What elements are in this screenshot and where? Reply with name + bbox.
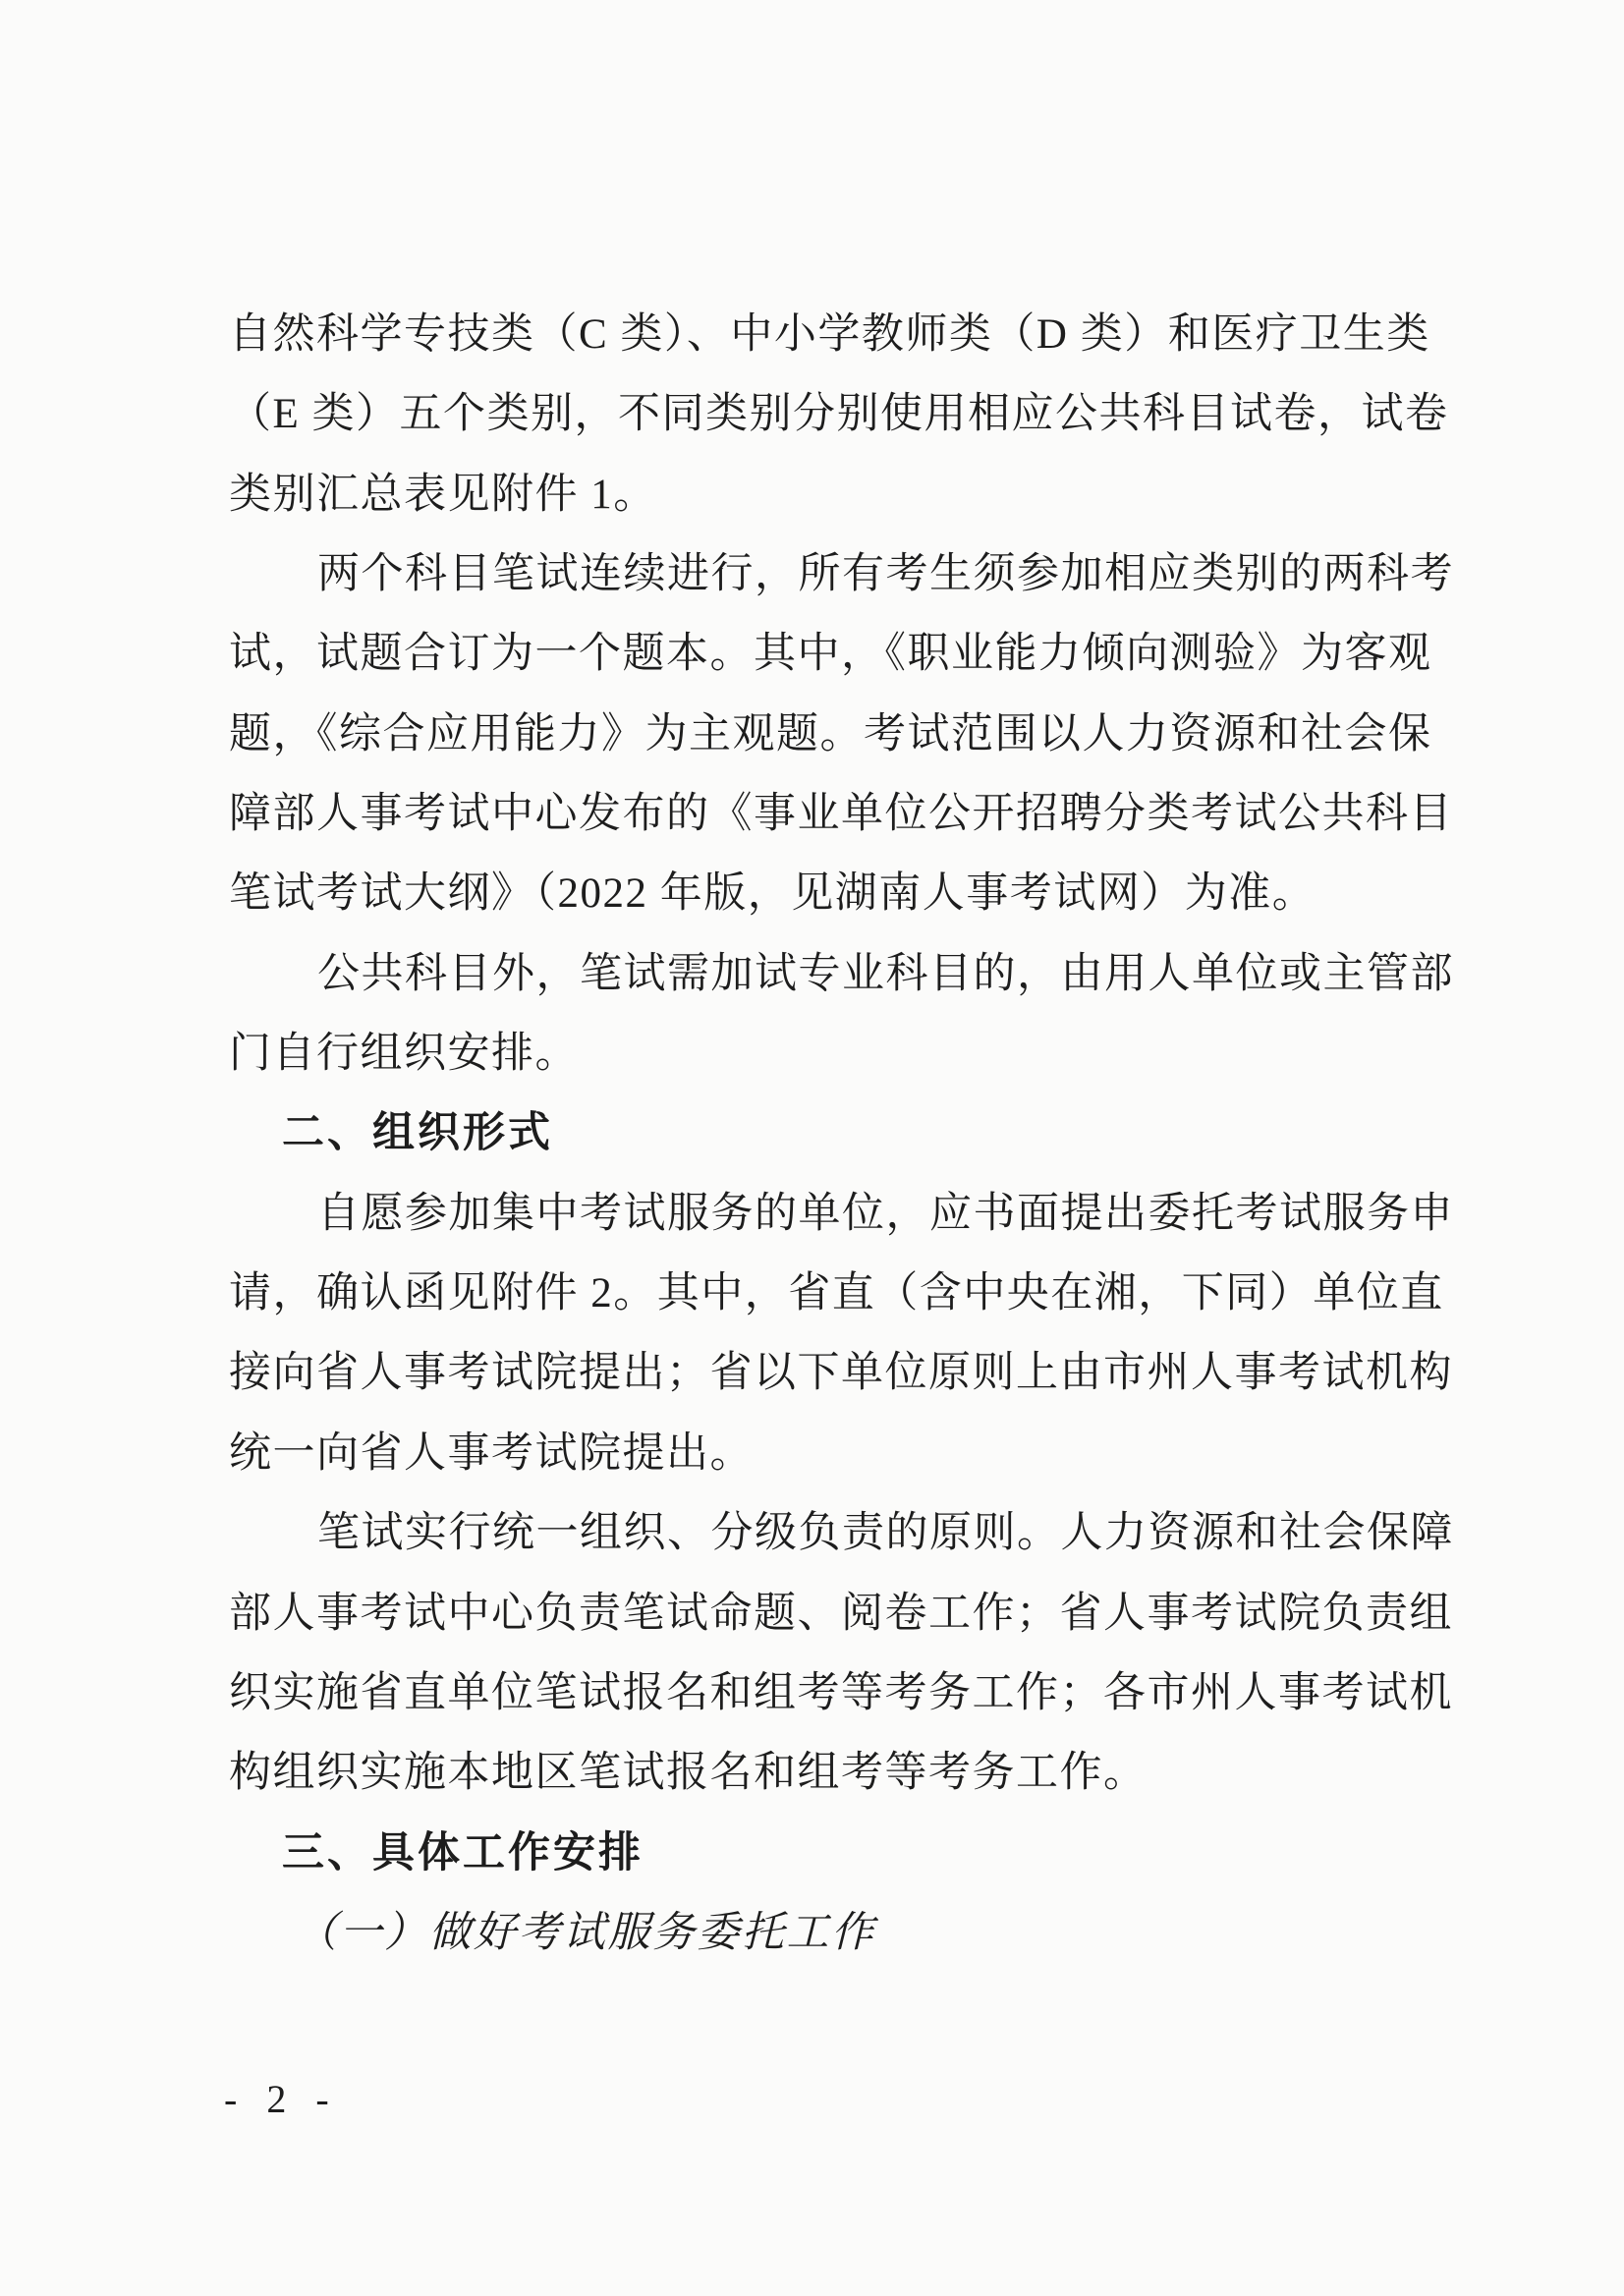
text-line: 自愿参加集中考试服务的单位，应书面提出委托考试服务申	[229, 1174, 1437, 1254]
text-line: 障部人事考试中心发布的《事业单位公开招聘分类考试公共科目	[229, 774, 1437, 854]
text-line: （一）做好考试服务委托工作	[229, 1893, 1437, 1973]
text-line: 公共科目外，笔试需加试专业科目的，由用人单位或主管部	[229, 934, 1437, 1014]
text-line: 笔试考试大纲》（2022 年版，见湖南人事考试网）为准。	[229, 854, 1437, 933]
text-line: 两个科目笔试连续进行，所有考生须参加相应类别的两科考	[229, 534, 1437, 614]
text-line: 构组织实施本地区笔试报名和组考等考务工作。	[229, 1733, 1437, 1813]
text-line: 三、具体工作安排	[229, 1814, 1437, 1893]
text-line: 二、组织形式	[229, 1093, 1437, 1173]
text-line: 接向省人事考试院提出；省以下单位原则上由市州人事考试机构	[229, 1333, 1437, 1413]
text-line: 部人事考试中心负责笔试命题、阅卷工作；省人事考试院负责组	[229, 1574, 1437, 1653]
text-line: 题，《综合应用能力》为主观题。考试范围以人力资源和社会保	[229, 695, 1437, 774]
page-number: - 2 -	[224, 2075, 339, 2124]
text-line: 统一向省人事考试院提出。	[229, 1414, 1437, 1493]
text-line: 试，试题合订为一个题本。其中，《职业能力倾向测验》为客观	[229, 614, 1437, 694]
text-line: 请，确认函见附件 2。其中，省直（含中央在湘，下同）单位直	[229, 1254, 1437, 1333]
text-line: （E 类）五个类别，不同类别分别使用相应公共科目试卷，试卷	[229, 374, 1437, 454]
document-page: 自然科学专技类（C 类）、中小学教师类（D 类）和医疗卫生类（E 类）五个类别，…	[0, 0, 1624, 2296]
text-line: 织实施省直单位笔试报名和组考等考务工作；各市州人事考试机	[229, 1653, 1437, 1733]
text-line: 笔试实行统一组织、分级负责的原则。人力资源和社会保障	[229, 1493, 1437, 1573]
document-body: 自然科学专技类（C 类）、中小学教师类（D 类）和医疗卫生类（E 类）五个类别，…	[229, 295, 1437, 1973]
text-line: 类别汇总表见附件 1。	[229, 455, 1437, 534]
text-line: 门自行组织安排。	[229, 1014, 1437, 1093]
text-line: 自然科学专技类（C 类）、中小学教师类（D 类）和医疗卫生类	[229, 295, 1437, 374]
